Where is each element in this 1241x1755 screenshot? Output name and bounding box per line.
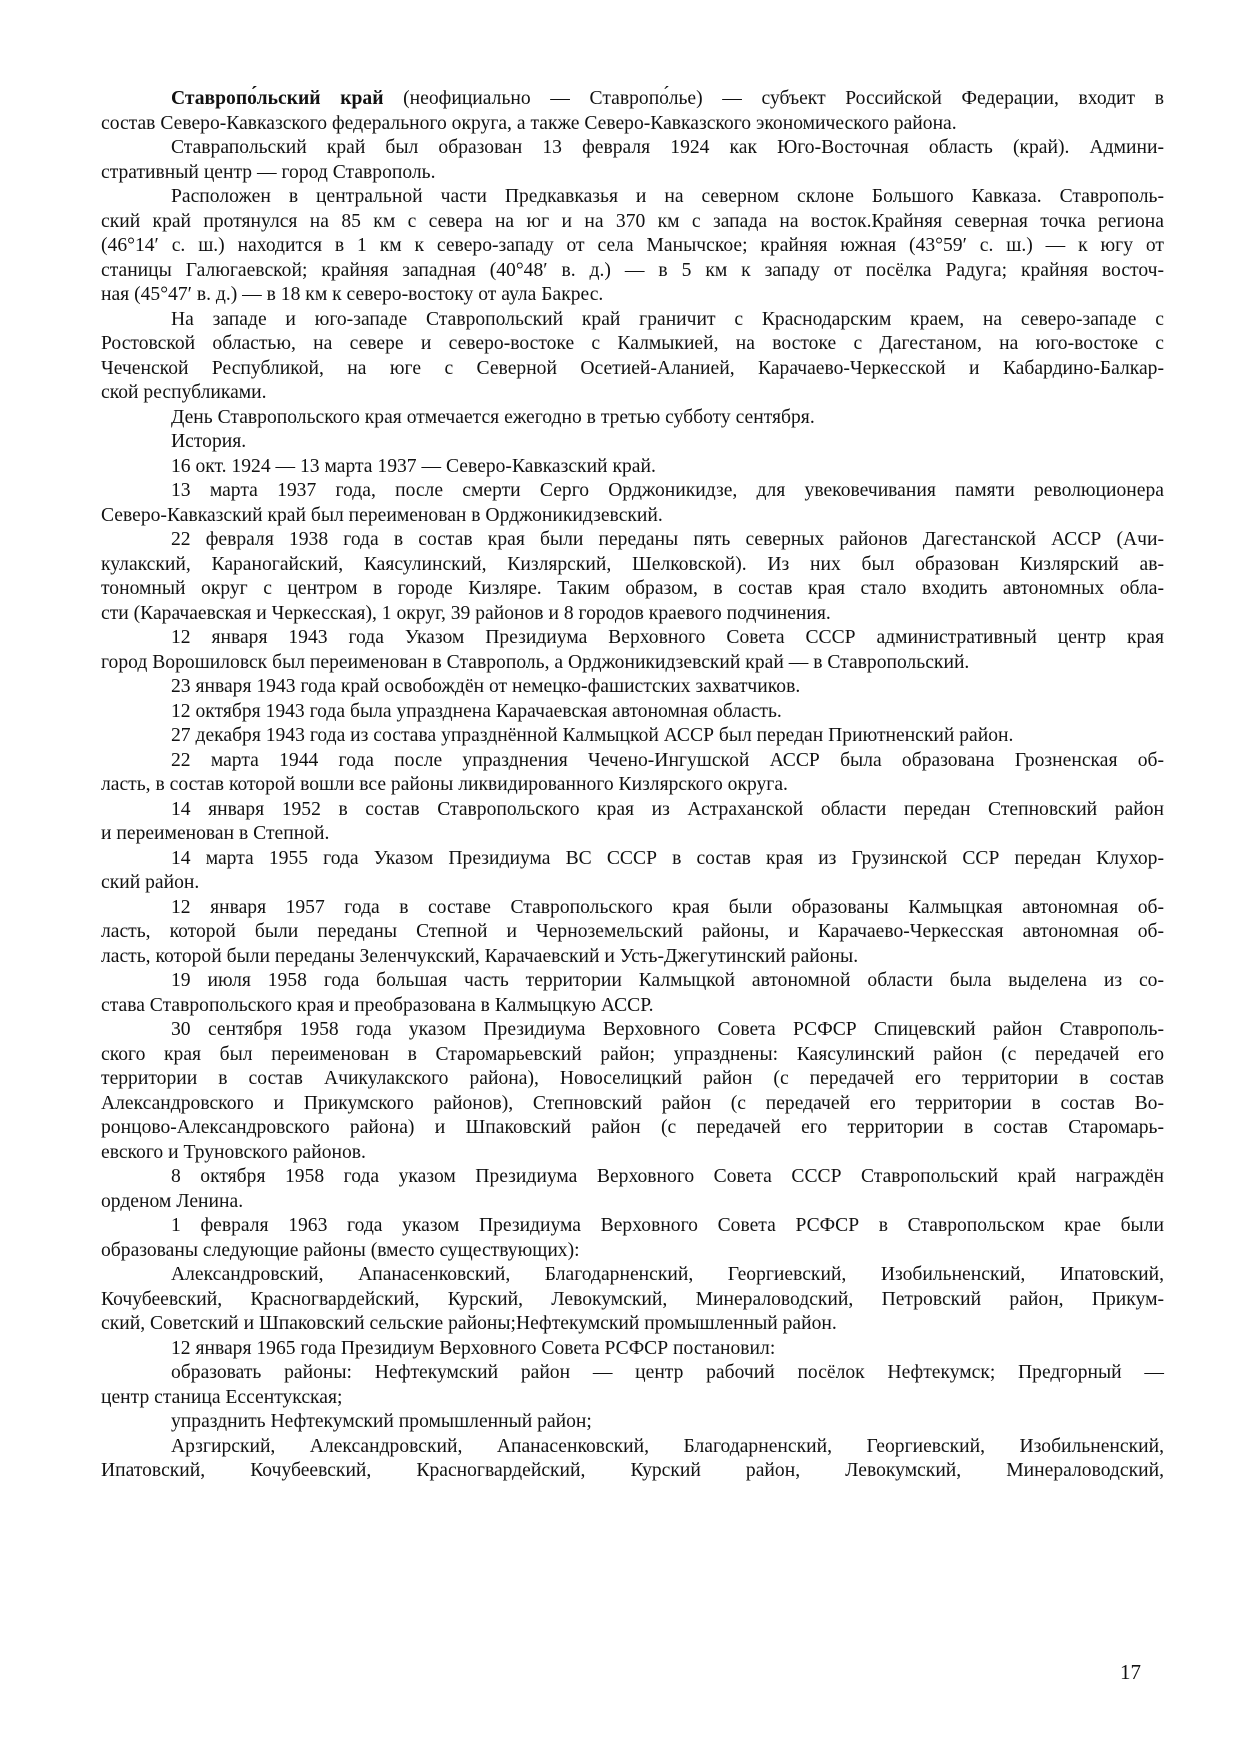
paragraph: 22 марта 1944 года после упразднения Чеч… (101, 749, 1164, 798)
text-line: евского и Труновского районов. (101, 1141, 1164, 1166)
text-line: ского края был переименован в Старомарье… (101, 1043, 1164, 1068)
text-line: ласть, которой были переданы Степной и Ч… (101, 920, 1164, 945)
paragraph: 16 окт. 1924 — 13 марта 1937 — Северо-Ка… (101, 455, 1164, 480)
paragraph: 22 февраля 1938 года в состав края были … (101, 528, 1164, 626)
text-line: История. (101, 430, 1164, 455)
document-page: Ставропо́льский край (неофициально — Ста… (101, 87, 1164, 1484)
paragraph: История. (101, 430, 1164, 455)
paragraph: 14 января 1952 в состав Ставропольского … (101, 798, 1164, 847)
paragraph: образовать районы: Нефтекумский район — … (101, 1361, 1164, 1410)
text-line: ский, Советский и Шпаковский сельские ра… (101, 1312, 1164, 1337)
text-line: 8 октября 1958 года указом Президиума Ве… (101, 1165, 1164, 1190)
text-line: 16 окт. 1924 — 13 марта 1937 — Северо-Ка… (101, 455, 1164, 480)
paragraph: 8 октября 1958 года указом Президиума Ве… (101, 1165, 1164, 1214)
text-line: 19 июля 1958 года большая часть территор… (101, 969, 1164, 994)
text-line: территории в состав Ачикулакского района… (101, 1067, 1164, 1092)
text-line: 12 января 1965 года Президиум Верховного… (101, 1337, 1164, 1362)
text-line: центр станица Ессентукская; (101, 1386, 1164, 1411)
text-line: ронцово-Александровского района) и Шпако… (101, 1116, 1164, 1141)
text-line: 27 декабря 1943 года из состава упразднё… (101, 724, 1164, 749)
paragraph: 30 сентября 1958 года указом Президиума … (101, 1018, 1164, 1165)
text-line: Ставропо́льский край (неофициально — Ста… (101, 87, 1164, 112)
text-line: става Ставропольского края и преобразова… (101, 994, 1164, 1019)
paragraph: Ставрапольский край был образован 13 фев… (101, 136, 1164, 185)
text-line: День Ставропольского края отмечается еже… (101, 406, 1164, 431)
text-line: станицы Галюгаевской; крайняя западная (… (101, 259, 1164, 284)
text-line: Чеченской Республикой, на юге с Северной… (101, 357, 1164, 382)
paragraph: 12 октября 1943 года была упразднена Кар… (101, 700, 1164, 725)
paragraph: На западе и юго-западе Ставропольский кр… (101, 308, 1164, 406)
paragraph: 12 января 1943 года Указом Президиума Ве… (101, 626, 1164, 675)
text-line: тономный округ с центром в городе Кизляр… (101, 577, 1164, 602)
page-number: 17 (1120, 1660, 1141, 1685)
text-line: сти (Карачаевская и Черкесская), 1 округ… (101, 602, 1164, 627)
text-line: Арзгирский, Александровский, Апанасенков… (101, 1435, 1164, 1460)
text-line: и переименован в Степной. (101, 822, 1164, 847)
text-line: Ростовской областью, на севере и северо-… (101, 332, 1164, 357)
text-line: 1 февраля 1963 года указом Президиума Ве… (101, 1214, 1164, 1239)
text-line: Расположен в центральной части Предкавка… (101, 185, 1164, 210)
paragraph: 12 января 1965 года Президиум Верховного… (101, 1337, 1164, 1362)
paragraph: упразднить Нефтекумский промышленный рай… (101, 1410, 1164, 1435)
text-line: ский район. (101, 871, 1164, 896)
text-line: 12 октября 1943 года была упразднена Кар… (101, 700, 1164, 725)
text-line: Александровского и Прикумского районов),… (101, 1092, 1164, 1117)
text-line: 23 января 1943 года край освобождён от н… (101, 675, 1164, 700)
text-line: 22 марта 1944 года после упразднения Чеч… (101, 749, 1164, 774)
paragraph: 13 марта 1937 года, после смерти Серго О… (101, 479, 1164, 528)
text-line: ласть, которой были переданы Зеленчукски… (101, 945, 1164, 970)
text-line: состав Северо-Кавказского федерального о… (101, 112, 1164, 137)
text-line: упразднить Нефтекумский промышленный рай… (101, 1410, 1164, 1435)
text-line: На западе и юго-западе Ставропольский кр… (101, 308, 1164, 333)
paragraph: 14 марта 1955 года Указом Президиума ВС … (101, 847, 1164, 896)
text-line: Ипатовский, Кочубеевский, Красногвардейс… (101, 1459, 1164, 1484)
text-line: стративный центр — город Ставрополь. (101, 161, 1164, 186)
text-line: город Ворошиловск был переименован в Ста… (101, 651, 1164, 676)
lead-term: Ставропо́льский край (171, 88, 384, 109)
text-line: Ставрапольский край был образован 13 фев… (101, 136, 1164, 161)
text-line: 12 января 1943 года Указом Президиума Ве… (101, 626, 1164, 651)
paragraph: Ставропо́льский край (неофициально — Ста… (101, 87, 1164, 136)
paragraph: 1 февраля 1963 года указом Президиума Ве… (101, 1214, 1164, 1263)
text-line: Кочубеевский, Красногвардейский, Курский… (101, 1288, 1164, 1313)
paragraph: 27 декабря 1943 года из состава упразднё… (101, 724, 1164, 749)
paragraph: Арзгирский, Александровский, Апанасенков… (101, 1435, 1164, 1484)
text-line: образованы следующие районы (вместо суще… (101, 1239, 1164, 1264)
text-line: Северо-Кавказский край был переименован … (101, 504, 1164, 529)
paragraph: День Ставропольского края отмечается еже… (101, 406, 1164, 431)
paragraph: 12 января 1957 года в составе Ставрополь… (101, 896, 1164, 970)
text-line: 14 марта 1955 года Указом Президиума ВС … (101, 847, 1164, 872)
text-line: Александровский, Апанасенковский, Благод… (101, 1263, 1164, 1288)
paragraph: Александровский, Апанасенковский, Благод… (101, 1263, 1164, 1337)
text-line: орденом Ленина. (101, 1190, 1164, 1215)
text-line: ской республиками. (101, 381, 1164, 406)
text-line: ский край протянулся на 85 км с севера н… (101, 210, 1164, 235)
paragraph: 19 июля 1958 года большая часть территор… (101, 969, 1164, 1018)
paragraph: 23 января 1943 года край освобождён от н… (101, 675, 1164, 700)
text-line: ласть, в состав которой вошли все районы… (101, 773, 1164, 798)
text-line: 22 февраля 1938 года в состав края были … (101, 528, 1164, 553)
text-line: ная (45°47′ в. д.) — в 18 км к северо-во… (101, 283, 1164, 308)
text-line: кулакский, Караногайский, Каясулинский, … (101, 553, 1164, 578)
text-line: 12 января 1957 года в составе Ставрополь… (101, 896, 1164, 921)
text-line: 14 января 1952 в состав Ставропольского … (101, 798, 1164, 823)
paragraph: Расположен в центральной части Предкавка… (101, 185, 1164, 308)
text-line: 30 сентября 1958 года указом Президиума … (101, 1018, 1164, 1043)
text-line: образовать районы: Нефтекумский район — … (101, 1361, 1164, 1386)
text-line: (46°14′ с. ш.) находится в 1 км к северо… (101, 234, 1164, 259)
text-line: 13 марта 1937 года, после смерти Серго О… (101, 479, 1164, 504)
